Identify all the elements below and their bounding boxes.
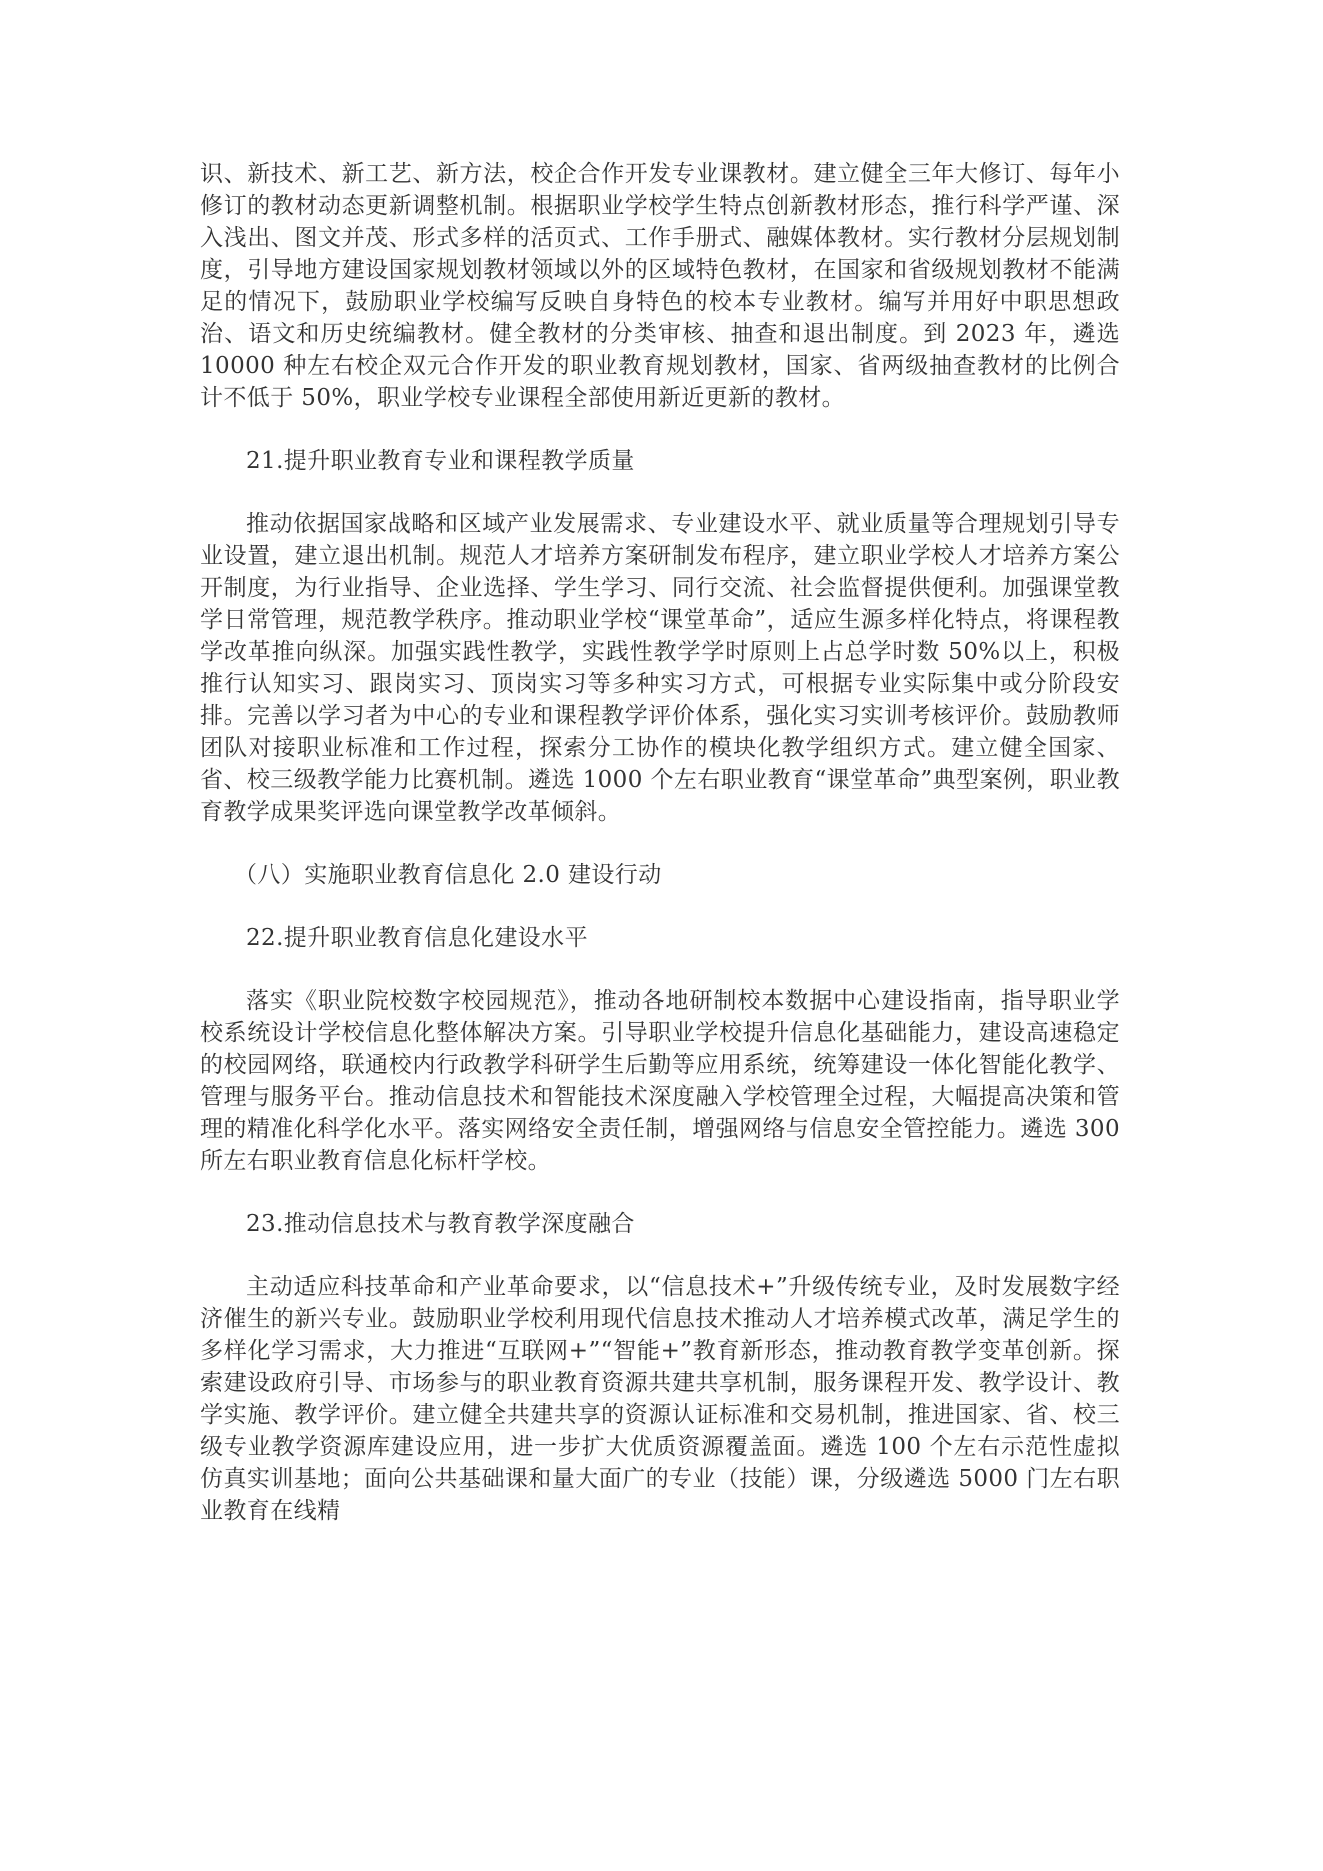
paragraph-item-22: 落实《职业院校数字校园规范》，推动各地研制校本数据中心建设指南，指导职业学校系统…	[200, 985, 1120, 1177]
spacer	[200, 954, 1120, 985]
document-page: 识、新技术、新工艺、新方法，校企合作开发专业课教材。建立健全三年大修订、每年小修…	[200, 158, 1120, 1527]
spacer	[200, 1177, 1120, 1208]
heading-item-23: 23.推动信息技术与教育教学深度融合	[200, 1208, 1120, 1240]
heading-item-22: 22.提升职业教育信息化建设水平	[200, 922, 1120, 954]
paragraph-item-23: 主动适应科技革命和产业革命要求，以“信息技术+”升级传统专业，及时发展数字经济催…	[200, 1271, 1120, 1527]
paragraph-textbooks-continued: 识、新技术、新工艺、新方法，校企合作开发专业课教材。建立健全三年大修订、每年小修…	[200, 158, 1120, 414]
spacer	[200, 1240, 1120, 1271]
spacer	[200, 477, 1120, 508]
heading-item-21: 21.提升职业教育专业和课程教学质量	[200, 445, 1120, 477]
spacer	[200, 414, 1120, 445]
section-heading-8: （八）实施职业教育信息化 2.0 建设行动	[200, 859, 1120, 891]
spacer	[200, 891, 1120, 922]
paragraph-item-21: 推动依据国家战略和区域产业发展需求、专业建设水平、就业质量等合理规划引导专业设置…	[200, 508, 1120, 828]
spacer	[200, 828, 1120, 859]
